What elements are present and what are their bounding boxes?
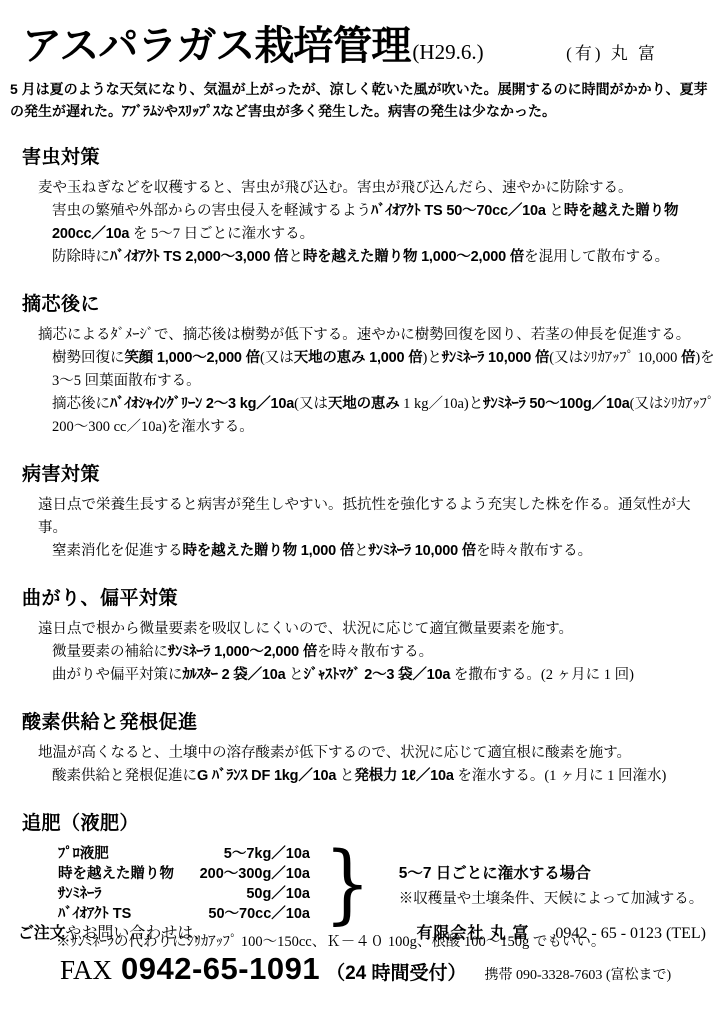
paragraph: 微量要素の補給にｻﾝﾐﾈｰﾗ 1,000～2,000 倍を時々散布する。 — [52, 641, 716, 664]
text-segment: を時々散布する。 — [317, 644, 433, 660]
paragraph: 酸素供給と発根促進にG ﾊﾞﾗﾝｽ DF 1kg／10a と発根力 1ℓ／10a… — [52, 765, 716, 788]
text-segment: (又は — [260, 350, 294, 366]
text-segment: 微量要素の補給に — [52, 644, 168, 660]
document-page: アスパラガス栽培管理 (H29.6.) (有) 丸 富 5 月は夏のような天気に… — [0, 0, 724, 1024]
text-segment: 1 kg／10a)と — [400, 396, 484, 412]
note-sub: ※収穫量や土壌条件、天候によって加減する。 — [399, 887, 704, 908]
fax-hours: （24 時間受付） — [326, 958, 466, 985]
text-segment: 防除時に — [52, 249, 110, 265]
company-name: (有) 丸 富 — [566, 39, 658, 64]
product-name: 発根力 1ℓ／10a — [354, 768, 453, 784]
paragraph: 樹勢回復に笑顔 1,000～2,000 倍(又は天地の恵み 1,000 倍)とｻ… — [52, 347, 716, 393]
fertilizer-amount: 5～7kg／10a — [224, 844, 310, 864]
contact-lead-rest: やお問い合わせは、 — [65, 925, 209, 942]
table-row: ﾌﾟﾛ液肥5～7kg／10a — [58, 844, 310, 864]
section-heading: 曲がり、偏平対策 — [22, 583, 716, 610]
product-name: 時を越えた贈り物 1,000～2,000 倍 — [303, 249, 524, 265]
product-name: ｼﾞｬｽﾄﾏｸﾞ 2～3 袋／10a — [304, 667, 451, 683]
text-segment: 酸素供給と発根促進に — [52, 768, 197, 784]
table-notes: 5～7 日ごとに潅水する場合 ※収穫量や土壌条件、天候によって加減する。 — [399, 861, 704, 908]
product-name: ﾊﾞｲｵｱｸﾄ TS 2,000～3,000 倍 — [110, 249, 288, 265]
product-name: ｻﾝﾐﾈｰﾗ 1,000～2,000 倍 — [168, 644, 317, 660]
text-segment: を時々散布する。 — [476, 543, 592, 559]
text-segment: と — [285, 667, 303, 683]
intro-paragraph: 5 月は夏のような天気になり、気温が上がったが、涼しく乾いた風が吹いた。展開する… — [10, 78, 714, 122]
section-heading: 酸素供給と発根促進 — [22, 707, 716, 734]
product-name: ｻﾝﾐﾈｰﾗ 10,000 倍 — [369, 543, 476, 559]
text-segment: 樹勢回復に — [52, 350, 125, 366]
text-segment: 遠日点で栄養生長すると病害が発生しやすい。抵抗性を強化するよう充実した株を作る。… — [38, 497, 691, 536]
fertilizer-amount: 200～300g／10a — [200, 864, 310, 884]
product-name: ｶﾙｽﾀｰ 2 袋／10a — [183, 667, 286, 683]
text-segment: 摘芯後に — [52, 396, 110, 412]
table-row: ｻﾝﾐﾈｰﾗ50g／10a — [58, 884, 310, 904]
section-heading: 追肥（液肥） — [22, 808, 716, 835]
title-edition: (H29.6.) — [412, 40, 483, 65]
text-segment: 遠日点で根から微量要素を吸収しにくいので、状況に応じて適宜微量要素を施す。 — [38, 621, 573, 637]
text-segment: と — [336, 768, 354, 784]
text-segment: 摘芯によるﾀﾞﾒｰｼﾞで、摘芯後は樹勢が低下する。速やかに樹勢回復を図り、若茎の… — [38, 327, 690, 343]
paragraph: 防除時にﾊﾞｲｵｱｸﾄ TS 2,000～3,000 倍と時を越えた贈り物 1,… — [52, 246, 716, 269]
title-bar: アスパラガス栽培管理 (H29.6.) (有) 丸 富 — [22, 24, 716, 68]
fax-number: 0942-65-1091 — [121, 951, 320, 987]
fertilizer-table: ﾌﾟﾛ液肥5～7kg／10a 時を越えた贈り物200～300g／10a ｻﾝﾐﾈ… — [58, 844, 310, 924]
paragraph: 摘芯によるﾀﾞﾒｰｼﾞで、摘芯後は樹勢が低下する。速やかに樹勢回復を図り、若茎の… — [38, 324, 716, 347]
text-segment: を撒布する。(2 ヶ月に 1 回) — [450, 667, 634, 683]
product-name: 天地の恵み 1,000 倍 — [294, 350, 423, 366]
text-segment: (又はｼﾘｶｱｯﾌﾟ 10,000 — [549, 350, 681, 366]
product-name: ｻﾝﾐﾈｰﾗ 50～100g／10a — [483, 396, 629, 412]
section-bending-flattening: 曲がり、偏平対策 遠日点で根から微量要素を吸収しにくいので、状況に応じて適宜微量… — [22, 583, 716, 687]
paragraph: 遠日点で栄養生長すると病害が発生しやすい。抵抗性を強化するよう充実した株を作る。… — [38, 494, 716, 540]
mobile-number: 携帯 090-3328-7603 (富松まで) — [485, 964, 672, 984]
text-segment: )と — [423, 350, 442, 366]
text-segment: を 5～7 日ごとに潅水する。 — [129, 226, 314, 242]
fertilizer-amount: 50g／10a — [246, 884, 310, 904]
product-name: 天地の恵み — [328, 396, 400, 412]
product-name: G ﾊﾞﾗﾝｽ DF 1kg／10a — [197, 768, 336, 784]
text-segment: 曲がりや偏平対策に — [52, 667, 183, 683]
section-after-pinching: 摘芯後に 摘芯によるﾀﾞﾒｰｼﾞで、摘芯後は樹勢が低下する。速やかに樹勢回復を図… — [22, 289, 716, 439]
section-heading: 病害対策 — [22, 459, 716, 486]
text-segment: と — [546, 203, 564, 219]
paragraph: 麦や玉ねぎなどを収穫すると、害虫が飛び込む。害虫が飛び込んだら、速やかに防除する… — [38, 177, 716, 200]
section-heading: 摘芯後に — [22, 289, 716, 316]
text-segment: と — [354, 543, 369, 559]
section-disease-control: 病害対策 遠日点で栄養生長すると病害が発生しやすい。抵抗性を強化するよう充実した… — [22, 459, 716, 563]
contact-lead-bold: ご注文 — [18, 925, 65, 942]
product-name: 時を越えた贈り物 1,000 倍 — [183, 543, 355, 559]
contact-lead: ご注文やお問い合わせは、 — [18, 920, 209, 943]
text-segment: を潅水する。(1 ヶ月に 1 回潅水) — [454, 768, 667, 784]
text-segment: 害虫の繁殖や外部からの害虫侵入を軽減するよう — [52, 203, 371, 219]
paragraph: 窒素消化を促進する時を越えた贈り物 1,000 倍とｻﾝﾐﾈｰﾗ 10,000 … — [52, 540, 716, 563]
telephone-number: 0942 - 65 - 0123 (TEL) — [555, 925, 706, 943]
text-segment: 麦や玉ねぎなどを収穫すると、害虫が飛び込む。害虫が飛び込んだら、速やかに防除する… — [38, 180, 633, 196]
product-name: ﾊﾞｲｵｼｬｲﾝｸﾞﾘｰﾝ 2～3 kg／10a — [110, 396, 294, 412]
paragraph: 地温が高くなると、土壌中の溶存酸素が低下するので、状況に応じて適宜根に酸素を施す… — [38, 742, 716, 765]
fertilizer-name: 時を越えた贈り物 — [58, 864, 174, 884]
fax-line: FAX 0942-65-1091 （24 時間受付） 携帯 090-3328-7… — [60, 951, 716, 987]
text-segment: 窒素消化を促進する — [52, 543, 183, 559]
product-name: ﾊﾞｲｵｱｸﾄ TS 50～70cc／10a — [371, 203, 546, 219]
paragraph: 曲がりや偏平対策にｶﾙｽﾀｰ 2 袋／10a とｼﾞｬｽﾄﾏｸﾞ 2～3 袋／1… — [52, 664, 716, 687]
text-segment: (又は — [294, 396, 328, 412]
product-name: 倍 — [681, 350, 695, 366]
section-insect-control: 害虫対策 麦や玉ねぎなどを収穫すると、害虫が飛び込む。害虫が飛び込んだら、速やか… — [22, 142, 716, 269]
fertilizer-table-group: ﾌﾟﾛ液肥5～7kg／10a 時を越えた贈り物200～300g／10a ｻﾝﾐﾈ… — [58, 843, 716, 925]
paragraph: 害虫の繁殖や外部からの害虫侵入を軽減するようﾊﾞｲｵｱｸﾄ TS 50～70cc… — [52, 200, 716, 246]
text-segment: 地温が高くなると、土壌中の溶存酸素が低下するので、状況に応じて適宜根に酸素を施す… — [38, 745, 631, 761]
table-row: 時を越えた贈り物200～300g／10a — [58, 864, 310, 884]
product-name: ｻﾝﾐﾈｰﾗ 10,000 倍 — [442, 350, 549, 366]
product-name: 笑顔 1,000～2,000 倍 — [125, 350, 260, 366]
footer-company-name: 有限会社 丸 富 — [416, 920, 529, 943]
note-bold: 5～7 日ごとに潅水する場合 — [399, 861, 704, 883]
section-oxygen-rooting: 酸素供給と発根促進 地温が高くなると、土壌中の溶存酸素が低下するので、状況に応じ… — [22, 707, 716, 788]
fertilizer-name: ｻﾝﾐﾈｰﾗ — [58, 884, 102, 904]
brace-glyph: } — [324, 843, 371, 925]
text-segment: を混用して散布する。 — [524, 249, 669, 265]
fax-label: FAX — [60, 955, 112, 986]
fertilizer-name: ﾌﾟﾛ液肥 — [58, 844, 109, 864]
paragraph: 摘芯後にﾊﾞｲｵｼｬｲﾝｸﾞﾘｰﾝ 2～3 kg／10a(又は天地の恵み 1 k… — [52, 393, 716, 439]
footer: ご注文やお問い合わせは、 有限会社 丸 富 0942 - 65 - 0123 (… — [18, 920, 716, 987]
page-title: アスパラガス栽培管理 — [22, 24, 410, 68]
section-heading: 害虫対策 — [22, 142, 716, 169]
contact-line: ご注文やお問い合わせは、 有限会社 丸 富 0942 - 65 - 0123 (… — [18, 920, 716, 943]
paragraph: 遠日点で根から微量要素を吸収しにくいので、状況に応じて適宜微量要素を施す。 — [38, 618, 716, 641]
text-segment: と — [288, 249, 303, 265]
